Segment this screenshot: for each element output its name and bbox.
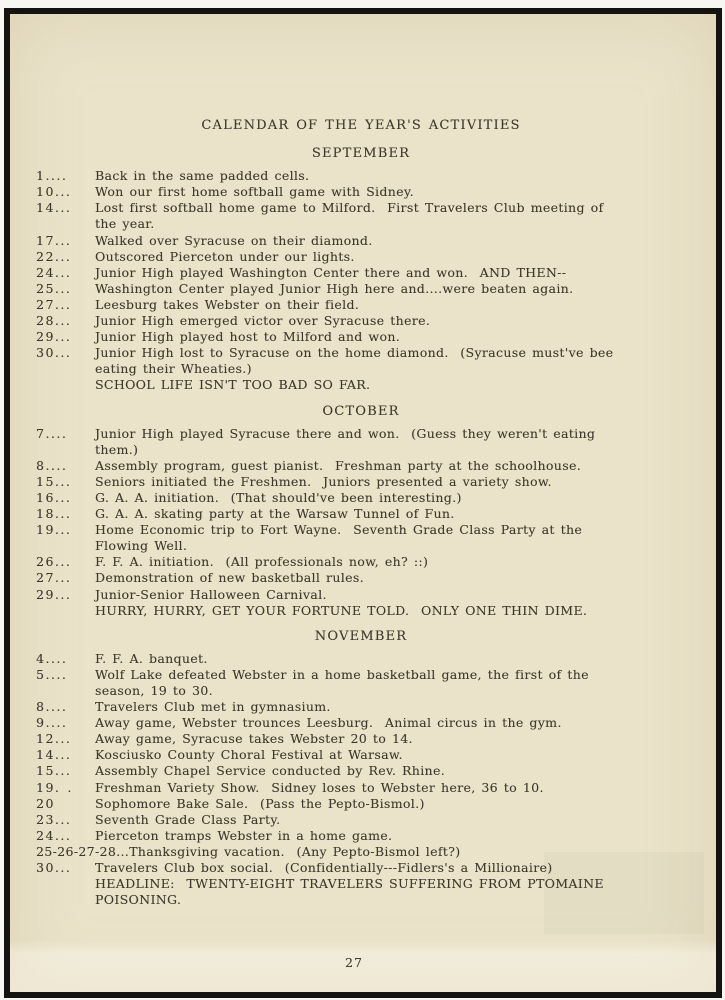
month-heading: SEPTEMBER xyxy=(36,146,686,162)
calendar-entry: 8....Travelers Club met in gymnasium. xyxy=(36,699,686,715)
page-border-frame: CALENDAR OF THE YEAR'S ACTIVITIES SEPTEM… xyxy=(4,8,722,998)
entry-date xyxy=(36,377,95,393)
entry-text: Travelers Club box social. (Confidential… xyxy=(95,860,686,876)
calendar-entry: 7....Junior High played Syracuse there a… xyxy=(36,426,686,458)
entry-date: 12... xyxy=(36,731,95,747)
entry-date: 8.... xyxy=(36,458,95,474)
calendar-entry: 17...Walked over Syracuse on their diamo… xyxy=(36,233,686,249)
calendar-entry: 8....Assembly program, guest pianist. Fr… xyxy=(36,458,686,474)
entry-text: Junior High played host to Milford and w… xyxy=(95,329,686,345)
entry-date: 23... xyxy=(36,812,95,828)
page-content: CALENDAR OF THE YEAR'S ACTIVITIES SEPTEM… xyxy=(36,118,686,908)
entry-text: F. F. A. initiation. (All professionals … xyxy=(95,554,686,570)
calendar-entry: 25...Washington Center played Junior Hig… xyxy=(36,281,686,297)
entry-date: 25... xyxy=(36,281,95,297)
calendar-entry: 5....Wolf Lake defeated Webster in a hom… xyxy=(36,667,686,699)
calendar-entry: 16...G. A. A. initiation. (That should'v… xyxy=(36,490,686,506)
entry-text: Junior High played Washington Center the… xyxy=(95,265,686,281)
entry-text: Walked over Syracuse on their diamond. xyxy=(95,233,686,249)
entry-date: 19. . xyxy=(36,780,95,796)
entry-text: 25-26-27-28...Thanksgiving vacation. (An… xyxy=(36,844,686,860)
calendar-entry: HURRY, HURRY, GET YOUR FORTUNE TOLD. ONL… xyxy=(36,603,686,619)
entry-text: Home Economic trip to Fort Wayne. Sevent… xyxy=(95,522,686,554)
calendar-entry: 19...Home Economic trip to Fort Wayne. S… xyxy=(36,522,686,554)
entry-date: 16... xyxy=(36,490,95,506)
entry-text: Assembly Chapel Service conducted by Rev… xyxy=(95,763,686,779)
entry-date: 10... xyxy=(36,184,95,200)
entry-date: 15... xyxy=(36,474,95,490)
entry-text: Seventh Grade Class Party. xyxy=(95,812,686,828)
calendar-entry: 30...Junior High lost to Syracuse on the… xyxy=(36,345,686,377)
entry-text: Kosciusko County Choral Festival at Wars… xyxy=(95,747,686,763)
calendar-entry: 28...Junior High emerged victor over Syr… xyxy=(36,313,686,329)
entry-text: Back in the same padded cells. xyxy=(95,168,686,184)
entry-text: Away game, Webster trounces Leesburg. An… xyxy=(95,715,686,731)
entry-date: 18... xyxy=(36,506,95,522)
calendar-entry: 12...Away game, Syracuse takes Webster 2… xyxy=(36,731,686,747)
entry-text: HURRY, HURRY, GET YOUR FORTUNE TOLD. ONL… xyxy=(95,603,686,619)
calendar-entry: 26...F. F. A. initiation. (All professio… xyxy=(36,554,686,570)
entry-text: Lost first softball home game to Milford… xyxy=(95,200,686,232)
entry-date: 14... xyxy=(36,200,95,232)
entry-text: G. A. A. initiation. (That should've bee… xyxy=(95,490,686,506)
entry-date: 1.... xyxy=(36,168,95,184)
entry-text: Outscored Pierceton under our lights. xyxy=(95,249,686,265)
entry-date: 5.... xyxy=(36,667,95,699)
calendar-entry: 27...Leesburg takes Webster on their fie… xyxy=(36,297,686,313)
entry-text: Travelers Club met in gymnasium. xyxy=(95,699,686,715)
entry-text: G. A. A. skating party at the Warsaw Tun… xyxy=(95,506,686,522)
entry-date: 9.... xyxy=(36,715,95,731)
entry-text: Washington Center played Junior High her… xyxy=(95,281,686,297)
calendar-entry: 24...Junior High played Washington Cente… xyxy=(36,265,686,281)
calendar-entry: 14...Kosciusko County Choral Festival at… xyxy=(36,747,686,763)
month-heading: OCTOBER xyxy=(36,404,686,420)
calendar-entry: 22...Outscored Pierceton under our light… xyxy=(36,249,686,265)
entry-text: Seniors initiated the Freshmen. Juniors … xyxy=(95,474,686,490)
entry-text: Wolf Lake defeated Webster in a home bas… xyxy=(95,667,686,699)
calendar-entry: 10...Won our first home softball game wi… xyxy=(36,184,686,200)
page-title: CALENDAR OF THE YEAR'S ACTIVITIES xyxy=(36,118,686,134)
calendar-entry: 19. .Freshman Variety Show. Sidney loses… xyxy=(36,780,686,796)
calendar-entry: 9....Away game, Webster trounces Leesbur… xyxy=(36,715,686,731)
entry-date: 24... xyxy=(36,828,95,844)
entry-date: 28... xyxy=(36,313,95,329)
calendar-entry: 30...Travelers Club box social. (Confide… xyxy=(36,860,686,876)
entry-text: Junior High played Syracuse there and wo… xyxy=(95,426,686,458)
entry-text: Junior High emerged victor over Syracuse… xyxy=(95,313,686,329)
entry-date: 30... xyxy=(36,860,95,876)
entry-text: Junior-Senior Halloween Carnival. xyxy=(95,587,686,603)
entry-date xyxy=(36,603,95,619)
calendar-entry: 4....F. F. A. banquet. xyxy=(36,651,686,667)
entry-text: F. F. A. banquet. xyxy=(95,651,686,667)
entry-date: 8.... xyxy=(36,699,95,715)
entry-text: SCHOOL LIFE ISN'T TOO BAD SO FAR. xyxy=(95,377,686,393)
entry-text: Assembly program, guest pianist. Freshma… xyxy=(95,458,686,474)
entry-text: Junior High lost to Syracuse on the home… xyxy=(95,345,686,377)
entry-date: 27... xyxy=(36,297,95,313)
entry-date: 20 xyxy=(36,796,95,812)
scanned-yearbook-page: CALENDAR OF THE YEAR'S ACTIVITIES SEPTEM… xyxy=(10,14,716,992)
entry-date: 26... xyxy=(36,554,95,570)
entry-date: 7.... xyxy=(36,426,95,458)
entry-text: HEADLINE: TWENTY-EIGHT TRAVELERS SUFFERI… xyxy=(95,876,686,908)
entry-date: 17... xyxy=(36,233,95,249)
calendar-entry: 29...Junior-Senior Halloween Carnival. xyxy=(36,587,686,603)
entry-text: Won our first home softball game with Si… xyxy=(95,184,686,200)
entry-date: 4.... xyxy=(36,651,95,667)
calendar-entry: SCHOOL LIFE ISN'T TOO BAD SO FAR. xyxy=(36,377,686,393)
entry-date: 24... xyxy=(36,265,95,281)
calendar-entry: HEADLINE: TWENTY-EIGHT TRAVELERS SUFFERI… xyxy=(36,876,686,908)
calendar-entry: 15...Assembly Chapel Service conducted b… xyxy=(36,763,686,779)
entry-text: Freshman Variety Show. Sidney loses to W… xyxy=(95,780,686,796)
entry-date: 29... xyxy=(36,587,95,603)
calendar-entry: 14...Lost first softball home game to Mi… xyxy=(36,200,686,232)
entry-text: Leesburg takes Webster on their field. xyxy=(95,297,686,313)
calendar-entry: 23...Seventh Grade Class Party. xyxy=(36,812,686,828)
calendar-entry: 25-26-27-28...Thanksgiving vacation. (An… xyxy=(36,844,686,860)
entry-date xyxy=(36,876,95,908)
entry-text: Pierceton tramps Webster in a home game. xyxy=(95,828,686,844)
entry-text: Demonstration of new basketball rules. xyxy=(95,570,686,586)
page-number: 27 xyxy=(10,955,698,970)
entry-text: Away game, Syracuse takes Webster 20 to … xyxy=(95,731,686,747)
entry-text: Sophomore Bake Sale. (Pass the Pepto-Bis… xyxy=(95,796,686,812)
month-heading: NOVEMBER xyxy=(36,629,686,645)
entry-date: 22... xyxy=(36,249,95,265)
calendar-entry: 27...Demonstration of new basketball rul… xyxy=(36,570,686,586)
calendar-entry: 20Sophomore Bake Sale. (Pass the Pepto-B… xyxy=(36,796,686,812)
entry-date: 14... xyxy=(36,747,95,763)
calendar-entry: 15...Seniors initiated the Freshmen. Jun… xyxy=(36,474,686,490)
calendar-entry: 29...Junior High played host to Milford … xyxy=(36,329,686,345)
calendar-sections: SEPTEMBER1....Back in the same padded ce… xyxy=(36,146,686,908)
entry-date: 19... xyxy=(36,522,95,554)
entry-date: 15... xyxy=(36,763,95,779)
calendar-entry: 18...G. A. A. skating party at the Warsa… xyxy=(36,506,686,522)
entry-date: 29... xyxy=(36,329,95,345)
calendar-entry: 24...Pierceton tramps Webster in a home … xyxy=(36,828,686,844)
calendar-entry: 1....Back in the same padded cells. xyxy=(36,168,686,184)
entry-date: 27... xyxy=(36,570,95,586)
entry-date: 30... xyxy=(36,345,95,377)
